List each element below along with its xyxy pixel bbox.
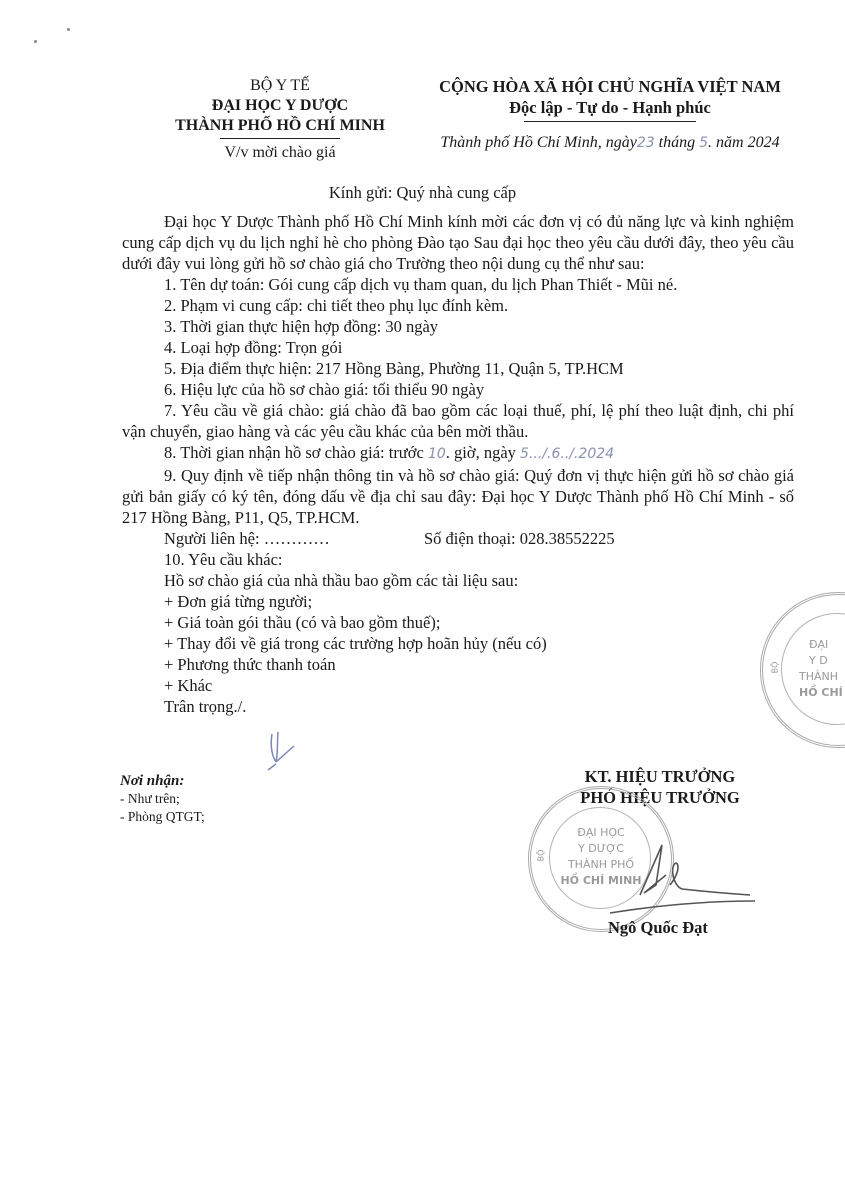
signer-name: Ngô Quốc Đạt	[608, 918, 708, 938]
item-1: 1. Tên dự toán: Gói cung cấp dịch vụ tha…	[122, 274, 794, 295]
item-8-hour-handwritten: 10	[428, 446, 446, 462]
edge-stamp-side-text: BỘ	[770, 662, 779, 674]
item-2: 2. Phạm vi cung cấp: chi tiết theo phụ l…	[122, 295, 794, 316]
national-header: CỘNG HÒA XÃ HỘI CHỦ NGHĨA VIỆT NAM Độc l…	[415, 76, 805, 154]
scan-speck	[34, 40, 37, 43]
requirement-bullet: + Giá toàn gói thầu (có và bao gồm thuế)…	[122, 612, 794, 633]
recipient-item: - Phòng QTGT;	[120, 808, 205, 826]
document-date: Thành phố Hồ Chí Minh, ngày23 tháng 5. n…	[415, 132, 805, 154]
university-city: THÀNH PHỐ HỒ CHÍ MINH	[150, 116, 410, 136]
initials-mark-icon	[260, 728, 310, 778]
requirement-bullet: + Thay đổi về giá trong các trường hợp h…	[122, 633, 794, 654]
date-year: . năm 2024	[708, 134, 780, 151]
motto: Độc lập - Tự do - Hạnh phúc	[415, 97, 805, 118]
university-name: ĐẠI HỌC Y DƯỢC	[150, 96, 410, 116]
date-prefix: Thành phố Hồ Chí Minh, ngày	[440, 134, 636, 151]
ministry-name: BỘ Y TẾ	[150, 76, 410, 96]
item-8: 8. Thời gian nhận hồ sơ chào giá: trước …	[122, 442, 794, 465]
date-month-handwritten: 5	[699, 135, 708, 151]
recipients-block: Nơi nhận: - Như trên; - Phòng QTGT;	[120, 772, 205, 826]
signature-title: KT. HIỆU TRƯỞNG	[540, 766, 780, 787]
issuer-header: BỘ Y TẾ ĐẠI HỌC Y DƯỢC THÀNH PHỐ HỒ CHÍ …	[150, 76, 410, 163]
header-rule	[220, 138, 340, 139]
contact-person: Người liên hệ: …………	[164, 529, 330, 548]
edge-stamp-clip: ĐẠI Y D THÀNH HỒ CHÍ BỘ	[758, 588, 845, 748]
recipients-title: Nơi nhận:	[120, 772, 205, 790]
item-8-prefix: 8. Thời gian nhận hồ sơ chào giá: trước	[164, 443, 424, 462]
greeting: Kính gửi: Quý nhà cung cấp	[0, 183, 845, 203]
item-6: 6. Hiệu lực của hồ sơ chào giá: tối thiể…	[122, 379, 794, 400]
date-day-handwritten: 23	[637, 135, 655, 151]
requirement-bullet: + Khác	[122, 675, 794, 696]
subject-line: V/v mời chào giá	[150, 143, 410, 163]
date-month-label: tháng	[659, 134, 695, 151]
contact-phone: Số điện thoại: 028.38552225	[424, 529, 615, 548]
item-9: 9. Quy định về tiếp nhận thông tin và hồ…	[122, 465, 794, 528]
item-10-lead: Hồ sơ chào giá của nhà thầu bao gồm các …	[122, 570, 794, 591]
item-4: 4. Loại hợp đồng: Trọn gói	[122, 337, 794, 358]
letter-body: Đại học Y Dược Thành phố Hồ Chí Minh kín…	[122, 211, 794, 717]
motto-rule	[524, 121, 696, 122]
nation-name: CỘNG HÒA XÃ HỘI CHỦ NGHĨA VIỆT NAM	[415, 76, 805, 97]
intro-paragraph: Đại học Y Dược Thành phố Hồ Chí Minh kín…	[122, 211, 794, 274]
item-8-hour-suffix: . giờ, ngày	[446, 443, 516, 462]
item-7: 7. Yêu cầu về giá chào: giá chào đã bao …	[122, 400, 794, 442]
edge-stamp: ĐẠI Y D THÀNH HỒ CHÍ BỘ	[760, 592, 845, 748]
item-10-title: 10. Yêu cầu khác:	[122, 549, 794, 570]
requirement-bullet: + Đơn giá từng người;	[122, 591, 794, 612]
item-8-date-handwritten: 5.../.6../.2024	[520, 446, 614, 462]
item-5: 5. Địa điểm thực hiện: 217 Hồng Bàng, Ph…	[122, 358, 794, 379]
requirement-bullet: + Phương thức thanh toán	[122, 654, 794, 675]
closing: Trân trọng./.	[122, 696, 794, 717]
stamp-side-text: BỘ	[536, 850, 545, 862]
scan-speck	[67, 28, 70, 31]
contact-line: Người liên hệ: ………… Số điện thoại: 028.3…	[122, 528, 794, 549]
item-3: 3. Thời gian thực hiện hợp đồng: 30 ngày	[122, 316, 794, 337]
recipient-item: - Như trên;	[120, 790, 205, 808]
signature-scribble-icon	[600, 835, 760, 930]
